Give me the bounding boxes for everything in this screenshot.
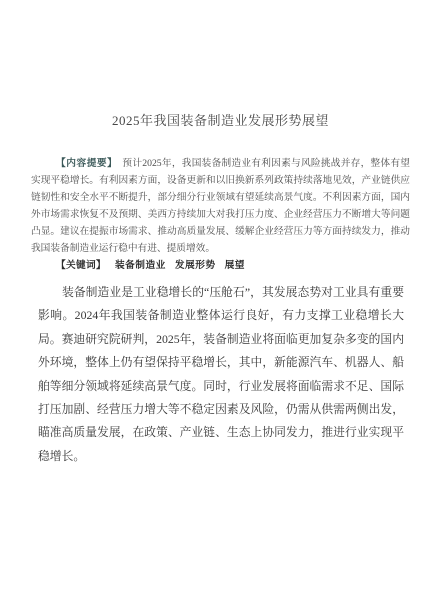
- abstract-paragraph: 【内容提要】预计2025年，我国装备制造业有利因素与风险挑战并存，整体有望实现平…: [31, 155, 410, 257]
- keyword-item: 展望: [225, 260, 245, 271]
- body-paragraph: 装备制造业是工业稳增长的“压舱石”，其发展态势对工业具有重要影响。2024年我国…: [38, 281, 404, 468]
- article-title: 2025年我国装备制造业发展形势展望: [0, 0, 441, 132]
- document-page: 2025年我国装备制造业发展形势展望 【内容提要】预计2025年，我国装备制造业…: [0, 0, 441, 600]
- keyword-item: 装备制造业: [115, 260, 166, 271]
- keyword-item: 发展形势: [175, 260, 216, 271]
- abstract-label: 【内容提要】: [56, 158, 117, 169]
- keywords-label: 【关键词】: [56, 260, 106, 271]
- keywords-line: 【关键词】装备制造业发展形势展望: [31, 258, 410, 274]
- abstract-text: 预计2025年，我国装备制造业有利因素与风险挑战并存，整体有望实现平稳增长。有利…: [31, 158, 410, 254]
